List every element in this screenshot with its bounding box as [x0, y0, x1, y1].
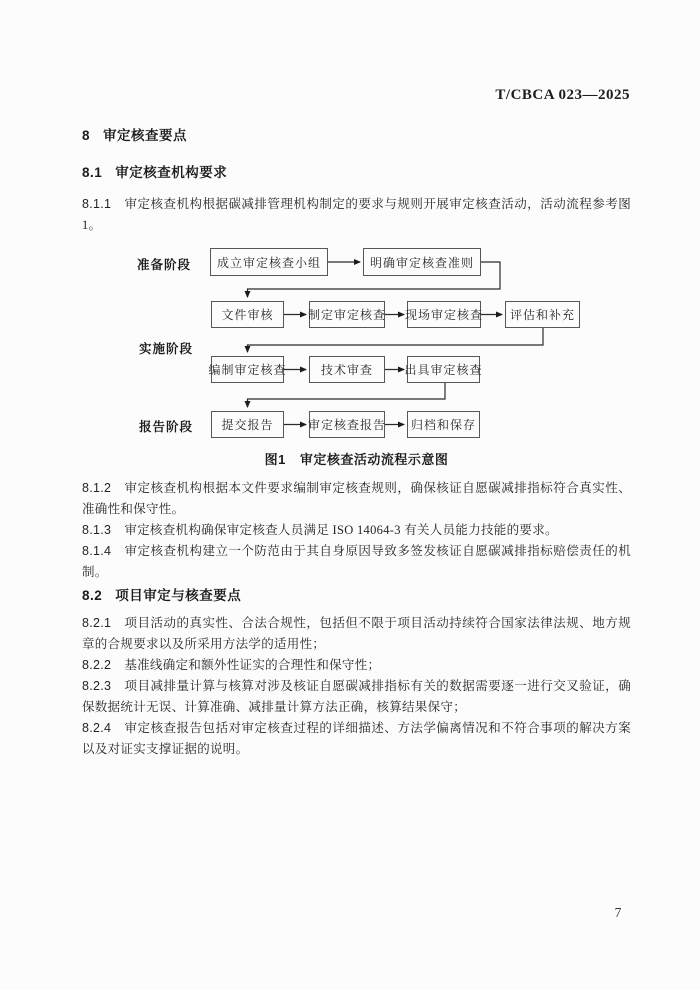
paragraph-number: 8.1.2 — [82, 481, 111, 495]
paragraph-number: 8.2.4 — [82, 721, 111, 735]
paragraph-text: 项目减排量计算与核算对涉及核证自愿碳减排指标有关的数据需要逐一进行交叉验证，确保… — [82, 679, 631, 714]
section-title: 审定核查机构要求 — [115, 165, 227, 180]
section-number: 8 — [82, 128, 90, 143]
paragraph-number: 8.2.3 — [82, 679, 111, 693]
figure-caption: 图1审定核查活动流程示意图 — [82, 451, 631, 469]
section-title: 项目审定与核查要点 — [115, 588, 241, 603]
paragraph-8-2-3: 8.2.3项目减排量计算与核算对涉及核证自愿碳减排指标有关的数据需要逐一进行交叉… — [82, 676, 631, 718]
flow-box-define-criteria: 明确审定核查准则 — [363, 248, 481, 276]
paragraph-8-1-2: 8.1.2审定核查机构根据本文件要求编制审定核查规则，确保核证自愿碳减排指标符合… — [82, 478, 631, 520]
section-title: 审定核查要点 — [103, 128, 187, 143]
flow-box-submit-report: 提交报告 — [211, 411, 284, 438]
phase-label-prepare: 准备阶段 — [137, 255, 191, 273]
document-page: T/CBCA 023—2025 8审定核查要点 8.1审定核查机构要求 8.1.… — [0, 0, 700, 990]
page-content: 8审定核查要点 8.1审定核查机构要求 8.1.1审定核查机构根据碳减排管理机构… — [82, 127, 631, 760]
flow-box-draft-verification: 编制审定核查 — [211, 356, 284, 383]
flow-box-assess-supplement: 评估和补充 — [505, 301, 580, 328]
section-number: 8.1 — [82, 165, 102, 180]
paragraph-text: 审定核查机构确保审定核查人员满足 ISO 14064-3 有关人员能力技能的要求… — [124, 523, 557, 537]
flow-box-document-review: 文件审核 — [211, 301, 284, 328]
section-heading-8-1: 8.1审定核查机构要求 — [82, 164, 631, 182]
paragraph-number: 8.1.4 — [82, 544, 111, 558]
figure-flowchart: 准备阶段 实施阶段 报告阶段 成立审定核查小组 明确审定核查准则 文件审核 制定… — [130, 246, 590, 443]
flow-box-plan-verification: 制定审定核查 — [309, 301, 385, 328]
paragraph-number: 8.2.2 — [82, 658, 111, 672]
flow-box-establish-team: 成立审定核查小组 — [210, 248, 328, 276]
figure-caption-title: 审定核查活动流程示意图 — [300, 452, 449, 467]
section-heading-8-2: 8.2项目审定与核查要点 — [82, 587, 631, 605]
paragraph-number: 8.2.1 — [82, 616, 111, 630]
paragraph-8-1-4: 8.1.4审定核查机构建立一个防范由于其自身原因导致多签发核证自愿碳减排指标赔偿… — [82, 541, 631, 583]
doc-code: T/CBCA 023—2025 — [495, 87, 630, 104]
paragraph-8-1-3: 8.1.3审定核查机构确保审定核查人员满足 ISO 14064-3 有关人员能力… — [82, 520, 631, 541]
figure-caption-label: 图1 — [265, 452, 286, 467]
flow-box-technical-review: 技术审查 — [309, 356, 385, 383]
paragraph-8-2-4: 8.2.4审定核查报告包括对审定核查过程的详细描述、方法学偏离情况和不符合事项的… — [82, 718, 631, 760]
paragraph-text: 基准线确定和额外性证实的合理性和保守性； — [124, 658, 380, 672]
page-number: 7 — [608, 905, 628, 921]
paragraph-8-2-1: 8.2.1项目活动的真实性、合法合规性，包括但不限于项目活动持续符合国家法律法规… — [82, 613, 631, 655]
paragraph-number: 8.1.3 — [82, 523, 111, 537]
section-number: 8.2 — [82, 588, 102, 603]
paragraph-text: 审定核查机构根据碳减排管理机构制定的要求与规则开展审定核查活动，活动流程参考图 … — [82, 197, 631, 232]
paragraph-text: 审定核查机构建立一个防范由于其自身原因导致多签发核证自愿碳减排指标赔偿责任的机制… — [82, 544, 631, 579]
paragraph-number: 8.1.1 — [82, 197, 111, 211]
flow-box-archive-save: 归档和保存 — [407, 411, 480, 438]
section-heading-8: 8审定核查要点 — [82, 127, 631, 145]
paragraph-text: 审定核查报告包括对审定核查过程的详细描述、方法学偏离情况和不符合事项的解决方案以… — [82, 721, 631, 756]
flow-box-verification-report: 审定核查报告 — [309, 411, 385, 438]
phase-label-report: 报告阶段 — [139, 417, 193, 435]
paragraph-text: 审定核查机构根据本文件要求编制审定核查规则，确保核证自愿碳减排指标符合真实性、准… — [82, 481, 631, 516]
flow-box-issue-verification: 出具审定核查 — [407, 356, 480, 383]
flow-box-onsite-verification: 现场审定核查 — [407, 301, 481, 328]
paragraph-8-1-1: 8.1.1审定核查机构根据碳减排管理机构制定的要求与规则开展审定核查活动，活动流… — [82, 194, 631, 236]
paragraph-8-2-2: 8.2.2基准线确定和额外性证实的合理性和保守性； — [82, 655, 631, 676]
paragraph-text: 项目活动的真实性、合法合规性，包括但不限于项目活动持续符合国家法律法规、地方规章… — [82, 616, 631, 651]
phase-label-implement: 实施阶段 — [139, 339, 193, 357]
